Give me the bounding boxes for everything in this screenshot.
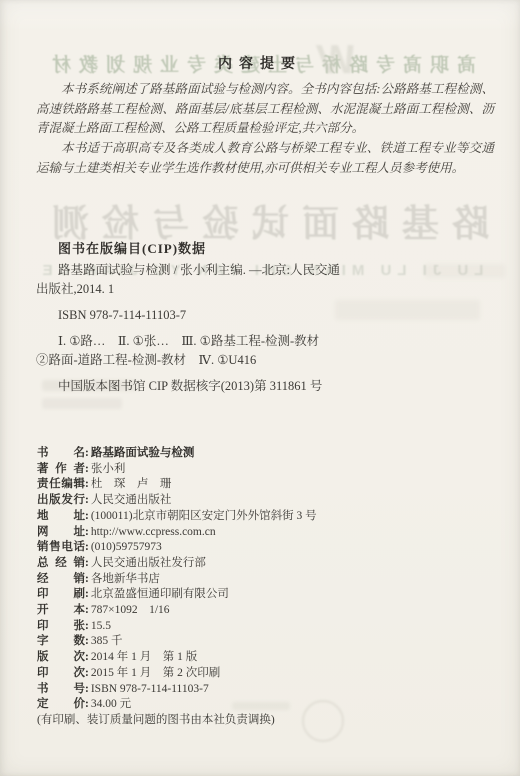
colophon-row-label: 出版发行 [37,493,85,509]
colophon-row-label: 印张 [37,619,85,635]
cip-classification-line2: ②路面-道路工程-检测-教材 Ⅳ. ①U416 [36,351,498,370]
summary-paragraph-1: 本书系统阐述了路基路面试验与检测内容。全书内容包括:公路路基工程检测、高速铁路路… [36,80,494,139]
colophon-row-label: 责任编辑 [37,477,85,493]
colophon-row-label: 总经销 [37,556,85,572]
colophon-row: 书号:ISBN 978-7-114-11103-7 [37,682,503,698]
colophon-row: 著作者:张小利 [37,462,503,478]
colophon-row-label: 字数 [37,634,85,650]
colophon-row-value: 杜 琛 卢 珊 [89,477,503,493]
colophon-row-label: 著作者 [37,462,85,478]
colophon-row-value: 各地新华书店 [89,572,503,588]
colophon-row-value: 人民交通出版社 [89,493,503,509]
summary-paragraph-2: 本书适于高职高专及各类成人教育公路与桥梁工程专业、铁道工程专业等交通运输与土建类… [36,139,494,178]
colophon-row: 出版发行:人民交通出版社 [37,493,503,509]
colophon-row: 版次:2014 年 1 月 第 1 版 [37,650,503,666]
colophon-row: 开本:787×1092 1/16 [37,603,503,619]
colophon-row: 印刷:北京盈盛恒通印刷有限公司 [37,587,503,603]
cip-heading: 图书在版编目(CIP)数据 [58,238,206,257]
colophon-row: 总经销:人民交通出版社发行部 [37,556,503,572]
colophon-rows: 书名:路基路面试验与检测 著作者:张小利 责任编辑:杜 琛 卢 珊 出版发行:人… [37,446,503,713]
colophon-row-label: 书名 [37,446,85,462]
colophon-row-value: 34.00 元 [89,697,503,713]
colophon-row-label: 版次 [37,650,85,666]
colophon-row: 销售电话:(010)59757973 [37,540,503,556]
colophon-row: 地址:(100011)北京市朝阳区安定门外外馆斜街 3 号 [37,509,503,525]
colophon-row-value: ISBN 978-7-114-11103-7 [89,682,503,698]
colophon-row-label: 开本 [37,603,85,619]
colophon-row: 经销:各地新华书店 [37,572,503,588]
colophon-row: 责任编辑:杜 琛 卢 珊 [37,477,503,493]
colophon-row: 字数:385 千 [37,634,503,650]
colophon-row-label: 销售电话 [37,540,85,556]
colophon-row-value: (010)59757973 [89,540,503,556]
colophon-row-value: 北京盈盛恒通印刷有限公司 [89,587,503,603]
cip-block: 路基路面试验与检测 / 张小利主编. —北京:人民交通 出版社,2014. 1 … [36,261,498,396]
colophon-note: (有印刷、装订质量问题的图书由本社负责调换) [37,713,503,729]
colophon-row-value: 385 千 [89,634,503,650]
colophon-row-label: 书号 [37,682,85,698]
colophon-row: 印张:15.5 [37,619,503,635]
colophon-row-label: 印刷 [37,587,85,603]
cip-classification-line1: Ⅰ. ①路… Ⅱ. ①张… Ⅲ. ①路基工程-检测-教材 [36,332,498,351]
book-copyright-page: 高职高专路桥与土建类专业规划教材 W 路基路面试验与检测 LU JI LU MI… [0,0,520,776]
content-summary: 本书系统阐述了路基路面试验与检测内容。全书内容包括:公路路基工程检测、高速铁路路… [36,80,494,179]
cip-entry-line2: 出版社,2014. 1 [36,280,498,299]
colophon-row-value: 路基路面试验与检测 [89,446,503,462]
colophon-row-value: 2014 年 1 月 第 1 版 [89,650,503,666]
colophon-row-value: 人民交通出版社发行部 [89,556,503,572]
cip-isbn: ISBN 978-7-114-11103-7 [36,306,498,325]
colophon-row-value: 15.5 [89,619,503,635]
colophon-row-value: http://www.ccpress.com.cn [89,525,503,541]
colophon-row: 网址:http://www.ccpress.com.cn [37,525,503,541]
content-summary-heading: 内容提要 [0,53,520,73]
colophon: 书名:路基路面试验与检测 著作者:张小利 责任编辑:杜 琛 卢 珊 出版发行:人… [37,446,503,729]
bleedthrough-smudge [42,398,122,409]
colophon-row: 书名:路基路面试验与检测 [37,446,503,462]
colophon-row-label: 地址 [37,509,85,525]
colophon-row-label: 定价 [37,697,85,713]
colophon-row-value: 787×1092 1/16 [89,603,503,619]
colophon-row-label: 网址 [37,525,85,541]
colophon-row: 定价:34.00 元 [37,697,503,713]
colophon-row-value: 张小利 [89,462,503,478]
colophon-row-value: 2015 年 1 月 第 2 次印刷 [89,666,503,682]
colophon-row-value: (100011)北京市朝阳区安定门外外馆斜街 3 号 [89,509,503,525]
colophon-row-label: 印次 [37,666,85,682]
cip-record-number: 中国版本图书馆 CIP 数据核字(2013)第 311861 号 [36,377,498,396]
colophon-row: 印次:2015 年 1 月 第 2 次印刷 [37,666,503,682]
cip-entry-line1: 路基路面试验与检测 / 张小利主编. —北京:人民交通 [36,261,498,280]
colophon-row-label: 经销 [37,572,85,588]
